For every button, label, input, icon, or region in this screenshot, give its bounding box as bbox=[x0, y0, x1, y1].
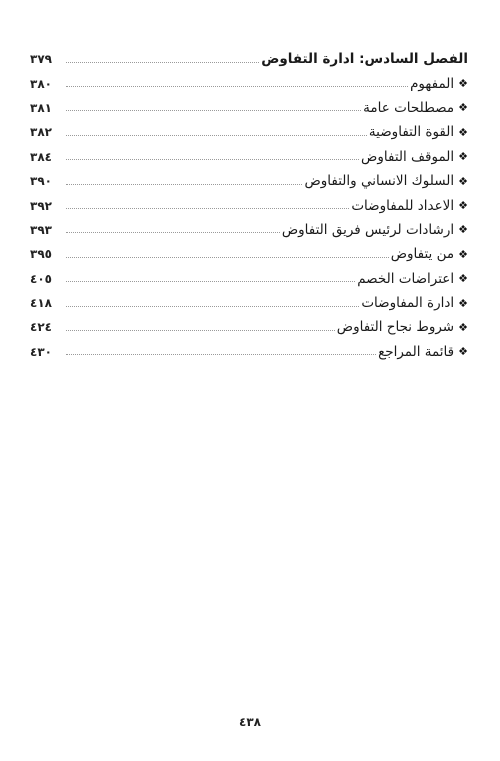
toc-entry-row: ٣٨٤ ❖ الموقف التفاوض bbox=[30, 145, 468, 169]
diamond-bullet-icon: ❖ bbox=[458, 175, 468, 188]
dotted-leader bbox=[66, 257, 389, 258]
diamond-bullet-icon: ❖ bbox=[458, 297, 468, 310]
diamond-bullet-icon: ❖ bbox=[458, 321, 468, 334]
entry: ❖ السلوك الانساني والتفاوض bbox=[304, 173, 468, 189]
entry-title: الموقف التفاوض bbox=[361, 149, 454, 165]
page-number: ٣٧٩ bbox=[30, 52, 60, 66]
page-number: ٣٨٢ bbox=[30, 125, 60, 139]
entry: ❖ الاعداد للمفاوضات bbox=[351, 198, 468, 214]
diamond-bullet-icon: ❖ bbox=[458, 248, 468, 261]
page-number: ٤٣٠ bbox=[30, 345, 60, 359]
dotted-leader bbox=[66, 159, 359, 160]
diamond-bullet-icon: ❖ bbox=[458, 272, 468, 285]
entry: ❖ المفهوم bbox=[410, 76, 468, 92]
entry: ❖ اعتراضات الخصم bbox=[357, 271, 468, 287]
entry-title: المفهوم bbox=[410, 76, 454, 92]
entry: ❖ ارشادات لرئيس فريق التفاوض bbox=[282, 222, 468, 238]
toc-entry-row: ٣٨٠ ❖ المفهوم bbox=[30, 71, 468, 95]
diamond-bullet-icon: ❖ bbox=[458, 126, 468, 139]
dotted-leader bbox=[66, 86, 408, 87]
page-number: ٣٨٠ bbox=[30, 77, 60, 91]
footer-page-number: ٤٣٨ bbox=[0, 715, 500, 729]
page-number: ٤١٨ bbox=[30, 296, 60, 310]
entry: ❖ من يتفاوض bbox=[391, 246, 468, 262]
entry-title: القوة التفاوضية bbox=[369, 124, 454, 140]
entry-title: ارشادات لرئيس فريق التفاوض bbox=[282, 222, 454, 238]
dotted-leader bbox=[66, 110, 361, 111]
entry: ❖ القوة التفاوضية bbox=[369, 124, 468, 140]
entry: ❖ ادارة المفاوضات bbox=[361, 295, 468, 311]
entry: ❖ شروط نجاح التفاوض bbox=[337, 319, 468, 335]
page-number: ٣٩٣ bbox=[30, 223, 60, 237]
page-number: ٣٩٠ bbox=[30, 174, 60, 188]
page-number: ٣٩٢ bbox=[30, 199, 60, 213]
entry-title: من يتفاوض bbox=[391, 246, 454, 262]
diamond-bullet-icon: ❖ bbox=[458, 345, 468, 358]
dotted-leader bbox=[66, 135, 367, 136]
toc-entry-row: ٤١٨ ❖ ادارة المفاوضات bbox=[30, 291, 468, 315]
page-number: ٤٢٤ bbox=[30, 320, 60, 334]
dotted-leader bbox=[66, 184, 302, 185]
toc-entry-row: ٤٠٥ ❖ اعتراضات الخصم bbox=[30, 267, 468, 291]
toc-entry-row: ٣٨٢ ❖ القوة التفاوضية bbox=[30, 120, 468, 144]
toc-entry-row: ٣٩٠ ❖ السلوك الانساني والتفاوض bbox=[30, 169, 468, 193]
diamond-bullet-icon: ❖ bbox=[458, 199, 468, 212]
dotted-leader bbox=[66, 62, 259, 63]
toc-entry-row: ٣٨١ ❖ مصطلحات عامة bbox=[30, 96, 468, 120]
toc-entry-row: ٤٢٤ ❖ شروط نجاح التفاوض bbox=[30, 315, 468, 339]
entry-title: الاعداد للمفاوضات bbox=[351, 198, 454, 214]
toc-entry-row: ٣٩٣ ❖ ارشادات لرئيس فريق التفاوض bbox=[30, 218, 468, 242]
entry: ❖ مصطلحات عامة bbox=[363, 100, 468, 116]
page-number: ٤٠٥ bbox=[30, 272, 60, 286]
page-number: ٣٩٥ bbox=[30, 247, 60, 261]
toc-entry-row: ٣٩٥ ❖ من يتفاوض bbox=[30, 242, 468, 266]
dotted-leader bbox=[66, 354, 376, 355]
page-number: ٣٨١ bbox=[30, 101, 60, 115]
diamond-bullet-icon: ❖ bbox=[458, 101, 468, 114]
toc-entry-row: ٤٣٠ ❖ قائمة المراجع bbox=[30, 340, 468, 364]
entry: ❖ قائمة المراجع bbox=[378, 344, 468, 360]
diamond-bullet-icon: ❖ bbox=[458, 77, 468, 90]
dotted-leader bbox=[66, 281, 355, 282]
entry-title: شروط نجاح التفاوض bbox=[337, 319, 454, 335]
dotted-leader bbox=[66, 306, 359, 307]
dotted-leader bbox=[66, 330, 335, 331]
toc-entry-row: ٣٩٢ ❖ الاعداد للمفاوضات bbox=[30, 193, 468, 217]
diamond-bullet-icon: ❖ bbox=[458, 223, 468, 236]
page-number: ٣٨٤ bbox=[30, 150, 60, 164]
entry-title: اعتراضات الخصم bbox=[357, 271, 454, 287]
entry-title: مصطلحات عامة bbox=[363, 100, 454, 116]
entry-title: السلوك الانساني والتفاوض bbox=[304, 173, 454, 189]
toc-chapter-row: ٣٧٩ الفصل السادس: ادارة التفاوض bbox=[30, 47, 468, 71]
entry-title: قائمة المراجع bbox=[378, 344, 454, 360]
dotted-leader bbox=[66, 232, 280, 233]
dotted-leader bbox=[66, 208, 349, 209]
chapter-title: الفصل السادس: ادارة التفاوض bbox=[261, 51, 468, 67]
table-of-contents: ٣٧٩ الفصل السادس: ادارة التفاوض ٣٨٠ ❖ ال… bbox=[30, 47, 468, 364]
entry-title: ادارة المفاوضات bbox=[361, 295, 454, 311]
entry: ❖ الموقف التفاوض bbox=[361, 149, 468, 165]
diamond-bullet-icon: ❖ bbox=[458, 150, 468, 163]
